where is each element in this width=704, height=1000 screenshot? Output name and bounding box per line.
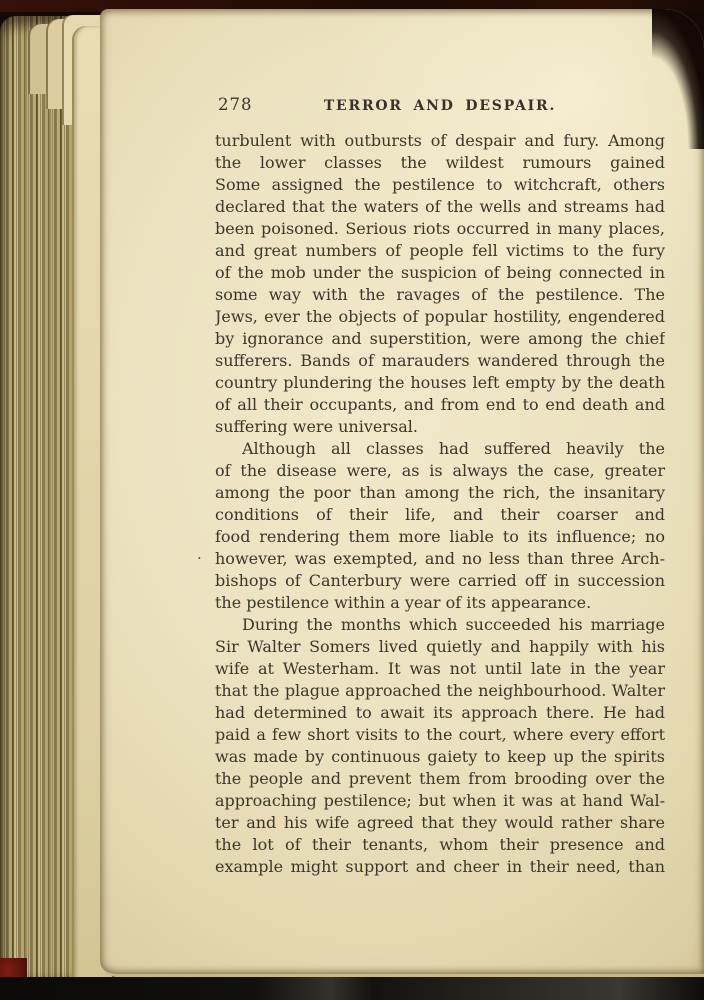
text-line: among the poor than among the rich, the … <box>215 482 665 504</box>
text-block: turbulent with outbursts of despair and … <box>215 130 665 878</box>
text-line: however, was exempted, and no less than … <box>215 548 665 570</box>
book-photo: 278 TERROR AND DESPAIR. · turbulent with… <box>0 0 704 1000</box>
text-line: Although all classes had suffered heavil… <box>215 438 665 460</box>
table-edge <box>0 977 704 1000</box>
text-line: food rendering them more liable to its i… <box>215 526 665 548</box>
text-line: had determined to await its approach the… <box>215 702 665 724</box>
text-line: suffering were universal. <box>215 416 665 438</box>
text-line: paid a few short visits to the court, wh… <box>215 724 665 746</box>
text-line: country plundering the houses left empty… <box>215 372 665 394</box>
text-line: conditions of their life, and their coar… <box>215 504 665 526</box>
text-line: the people and prevent them from broodin… <box>215 768 665 790</box>
text-line: During the months which succeeded his ma… <box>215 614 665 636</box>
page-corner-curl <box>652 9 704 149</box>
text-line: declared that the waters of the wells an… <box>215 196 665 218</box>
ink-dot: · <box>197 549 202 567</box>
text-line: that the plague approached the neighbour… <box>215 680 665 702</box>
text-line: the pestilence within a year of its appe… <box>215 592 665 614</box>
text-line: some way with the ravages of the pestile… <box>215 284 665 306</box>
text-line: sufferers. Bands of marauders wandered t… <box>215 350 665 372</box>
text-line: of the disease were, as is always the ca… <box>215 460 665 482</box>
text-line: Some assigned the pestilence to witchcra… <box>215 174 665 196</box>
text-line: the lower classes the wildest rumours ga… <box>215 152 665 174</box>
text-line: ter and his wife agreed that they would … <box>215 812 665 834</box>
book-page: 278 TERROR AND DESPAIR. · turbulent with… <box>100 9 704 977</box>
text-line: Jews, ever the objects of popular hostil… <box>215 306 665 328</box>
text-line: wife at Westerham. It was not until late… <box>215 658 665 680</box>
running-header: TERROR AND DESPAIR. <box>215 98 665 114</box>
text-line: Sir Walter Somers lived quietly and happ… <box>215 636 665 658</box>
text-line: of the mob under the suspicion of being … <box>215 262 665 284</box>
text-line: been poisoned. Serious riots occurred in… <box>215 218 665 240</box>
text-line: bishops of Canterbury were carried off i… <box>215 570 665 592</box>
text-line: approaching pestilence; but when it was … <box>215 790 665 812</box>
text-line: example might support and cheer in their… <box>215 856 665 878</box>
text-line: the lot of their tenants, whom their pre… <box>215 834 665 856</box>
text-line: of all their occupants, and from end to … <box>215 394 665 416</box>
page-header: 278 TERROR AND DESPAIR. <box>215 95 665 119</box>
text-line: by ignorance and superstition, were amon… <box>215 328 665 350</box>
text-line: was made by continuous gaiety to keep up… <box>215 746 665 768</box>
text-line: turbulent with outbursts of despair and … <box>215 130 665 152</box>
text-line: and great numbers of people fell victims… <box>215 240 665 262</box>
